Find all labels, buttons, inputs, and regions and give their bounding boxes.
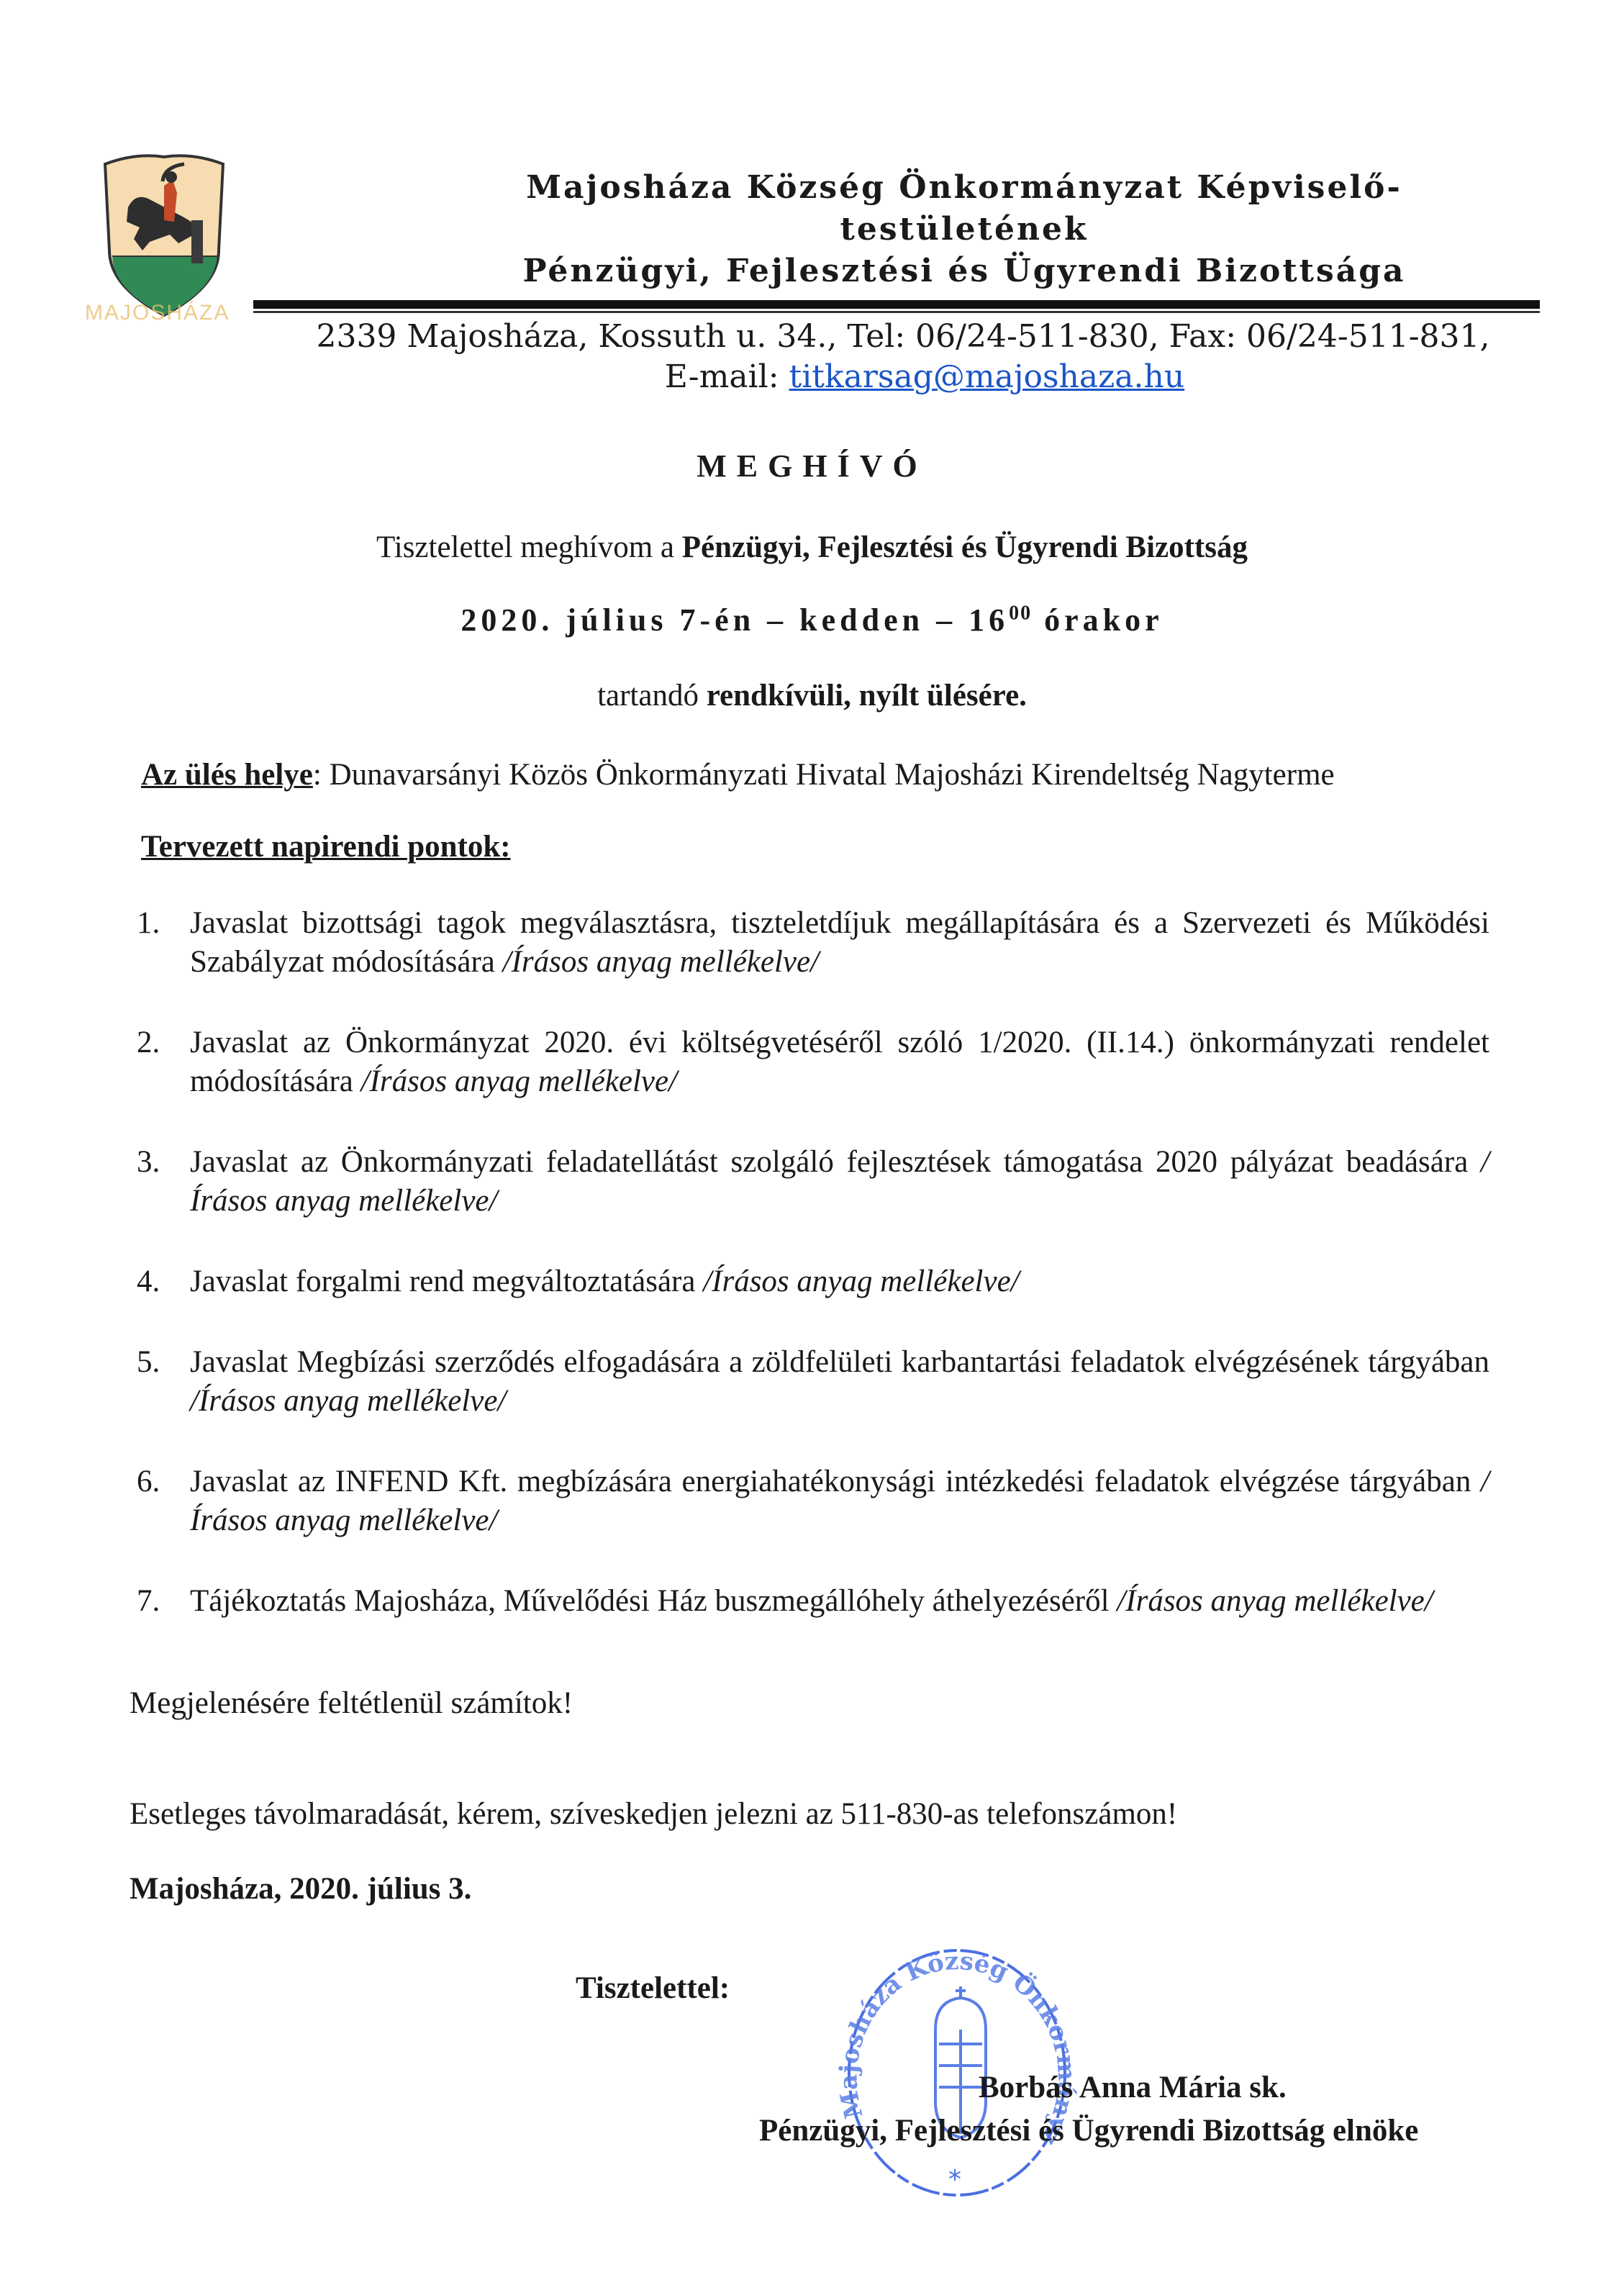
agenda-number: 3. xyxy=(137,1143,160,1182)
crest-caption: MAJOSHÁZA xyxy=(85,301,258,327)
agenda-heading: Tervezett napirendi pontok: xyxy=(141,829,511,864)
attachment-note: /Írásos anyag mellékelve/ xyxy=(361,1064,677,1098)
org-line: Majosháza Község Önkormányzat Képviselő- xyxy=(403,167,1525,209)
signatory-name: Borbás Anna Mária sk. xyxy=(979,2070,1287,2105)
address-line: 2339 Majosháza, Kossuth u. 34., Tel: 06/… xyxy=(259,317,1547,357)
agenda-number: 6. xyxy=(137,1462,160,1501)
venue-separator: : xyxy=(313,758,330,792)
email-line: E-mail: titkarsag@majoshaza.hu xyxy=(259,357,1547,397)
email-link[interactable]: titkarsag@majoshaza.hu xyxy=(789,358,1185,395)
place-and-date: Majosháza, 2020. július 3. xyxy=(130,1871,471,1907)
agenda-item: 1.Javaslat bizottsági tagok megválasztás… xyxy=(130,904,1489,982)
agenda-text: Javaslat bizottsági tagok megválasztásra… xyxy=(190,906,1489,979)
attachment-note: /Írásos anyag mellékelve/ xyxy=(1117,1584,1433,1618)
organization-name: Majosháza Község Önkormányzat Képviselő-… xyxy=(403,167,1525,292)
header-divider xyxy=(253,300,1540,309)
coat-of-arms-icon xyxy=(92,143,236,322)
agenda-number: 7. xyxy=(137,1582,160,1621)
agenda-number: 1. xyxy=(137,904,160,943)
agenda-item: 2.Javaslat az Önkormányzat 2020. évi köl… xyxy=(130,1023,1489,1101)
absence-notice: Esetleges távolmaradását, kérem, szívesk… xyxy=(130,1796,1177,1832)
document-title: MEGHÍVÓ xyxy=(0,448,1624,484)
agenda-text: Javaslat forgalmi rend megváltoztatására xyxy=(190,1265,703,1298)
attachment-note: /Írásos anyag mellékelve/ xyxy=(503,945,819,979)
meeting-date: 2020. július 7-én – kedden – 16 xyxy=(461,602,1009,638)
header-divider-thin xyxy=(253,311,1540,313)
official-stamp-icon: Majosháza Község Önkormányzat * xyxy=(820,1929,1094,2210)
agenda-text: Tájékoztatás Majosháza, Művelődési Ház b… xyxy=(190,1584,1117,1618)
agenda-number: 5. xyxy=(137,1343,160,1382)
meeting-minutes: 00 xyxy=(1009,602,1032,624)
meeting-type-line: tartandó rendkívüli, nyílt ülésére. xyxy=(0,678,1624,713)
contact-block: 2339 Majosháza, Kossuth u. 34., Tel: 06/… xyxy=(259,317,1547,397)
agenda-list: 1.Javaslat bizottsági tagok megválasztás… xyxy=(130,904,1489,1663)
closing-remark: Megjelenésére feltétlenül számítok! xyxy=(130,1686,573,1721)
invitation-line: Tisztelettel meghívom a Pénzügyi, Fejles… xyxy=(0,530,1624,565)
venue: Az ülés helye: Dunavarsányi Közös Önkorm… xyxy=(141,757,1335,792)
venue-value: Dunavarsányi Közös Önkormányzati Hivatal… xyxy=(330,758,1335,792)
agenda-text: Javaslat Megbízási szerződés elfogadásár… xyxy=(190,1345,1489,1379)
meeting-time-suffix: órakor xyxy=(1032,602,1163,638)
agenda-number: 4. xyxy=(137,1262,160,1301)
agenda-item: 7.Tájékoztatás Majosháza, Művelődési Ház… xyxy=(130,1582,1489,1621)
agenda-number: 2. xyxy=(137,1023,160,1062)
org-line: Pénzügyi, Fejlesztési és Ügyrendi Bizott… xyxy=(403,250,1525,292)
agenda-text: Javaslat az INFEND Kft. megbízására ener… xyxy=(190,1465,1481,1498)
org-line: testületének xyxy=(403,209,1525,250)
committee-name: Pénzügyi, Fejlesztési és Ügyrendi Bizott… xyxy=(682,530,1248,564)
signatory-title: Pénzügyi, Fejlesztési és Ügyrendi Bizott… xyxy=(759,2113,1418,2148)
agenda-item: 6.Javaslat az INFEND Kft. megbízására en… xyxy=(130,1462,1489,1540)
invitation-prefix: Tisztelettel meghívom a xyxy=(376,530,682,564)
meeting-type: rendkívüli, nyílt ülésére. xyxy=(707,679,1027,713)
agenda-item: 3.Javaslat az Önkormányzati feladatellát… xyxy=(130,1143,1489,1221)
agenda-item: 5.Javaslat Megbízási szerződés elfogadás… xyxy=(130,1343,1489,1421)
attachment-note: /Írásos anyag mellékelve/ xyxy=(703,1265,1019,1298)
attachment-note: /Írásos anyag mellékelve/ xyxy=(190,1384,506,1418)
meeting-datetime: 2020. július 7-én – kedden – 1600 órakor xyxy=(0,602,1624,638)
regards: Tisztelettel: xyxy=(576,1971,730,2006)
meeting-type-prefix: tartandó xyxy=(597,679,707,713)
agenda-text: Javaslat az Önkormányzati feladatellátás… xyxy=(190,1145,1481,1179)
venue-label: Az ülés helye xyxy=(141,758,313,792)
email-label: E-mail: xyxy=(665,358,779,395)
svg-text:*: * xyxy=(948,2165,961,2194)
agenda-item: 4.Javaslat forgalmi rend megváltoztatásá… xyxy=(130,1262,1489,1301)
